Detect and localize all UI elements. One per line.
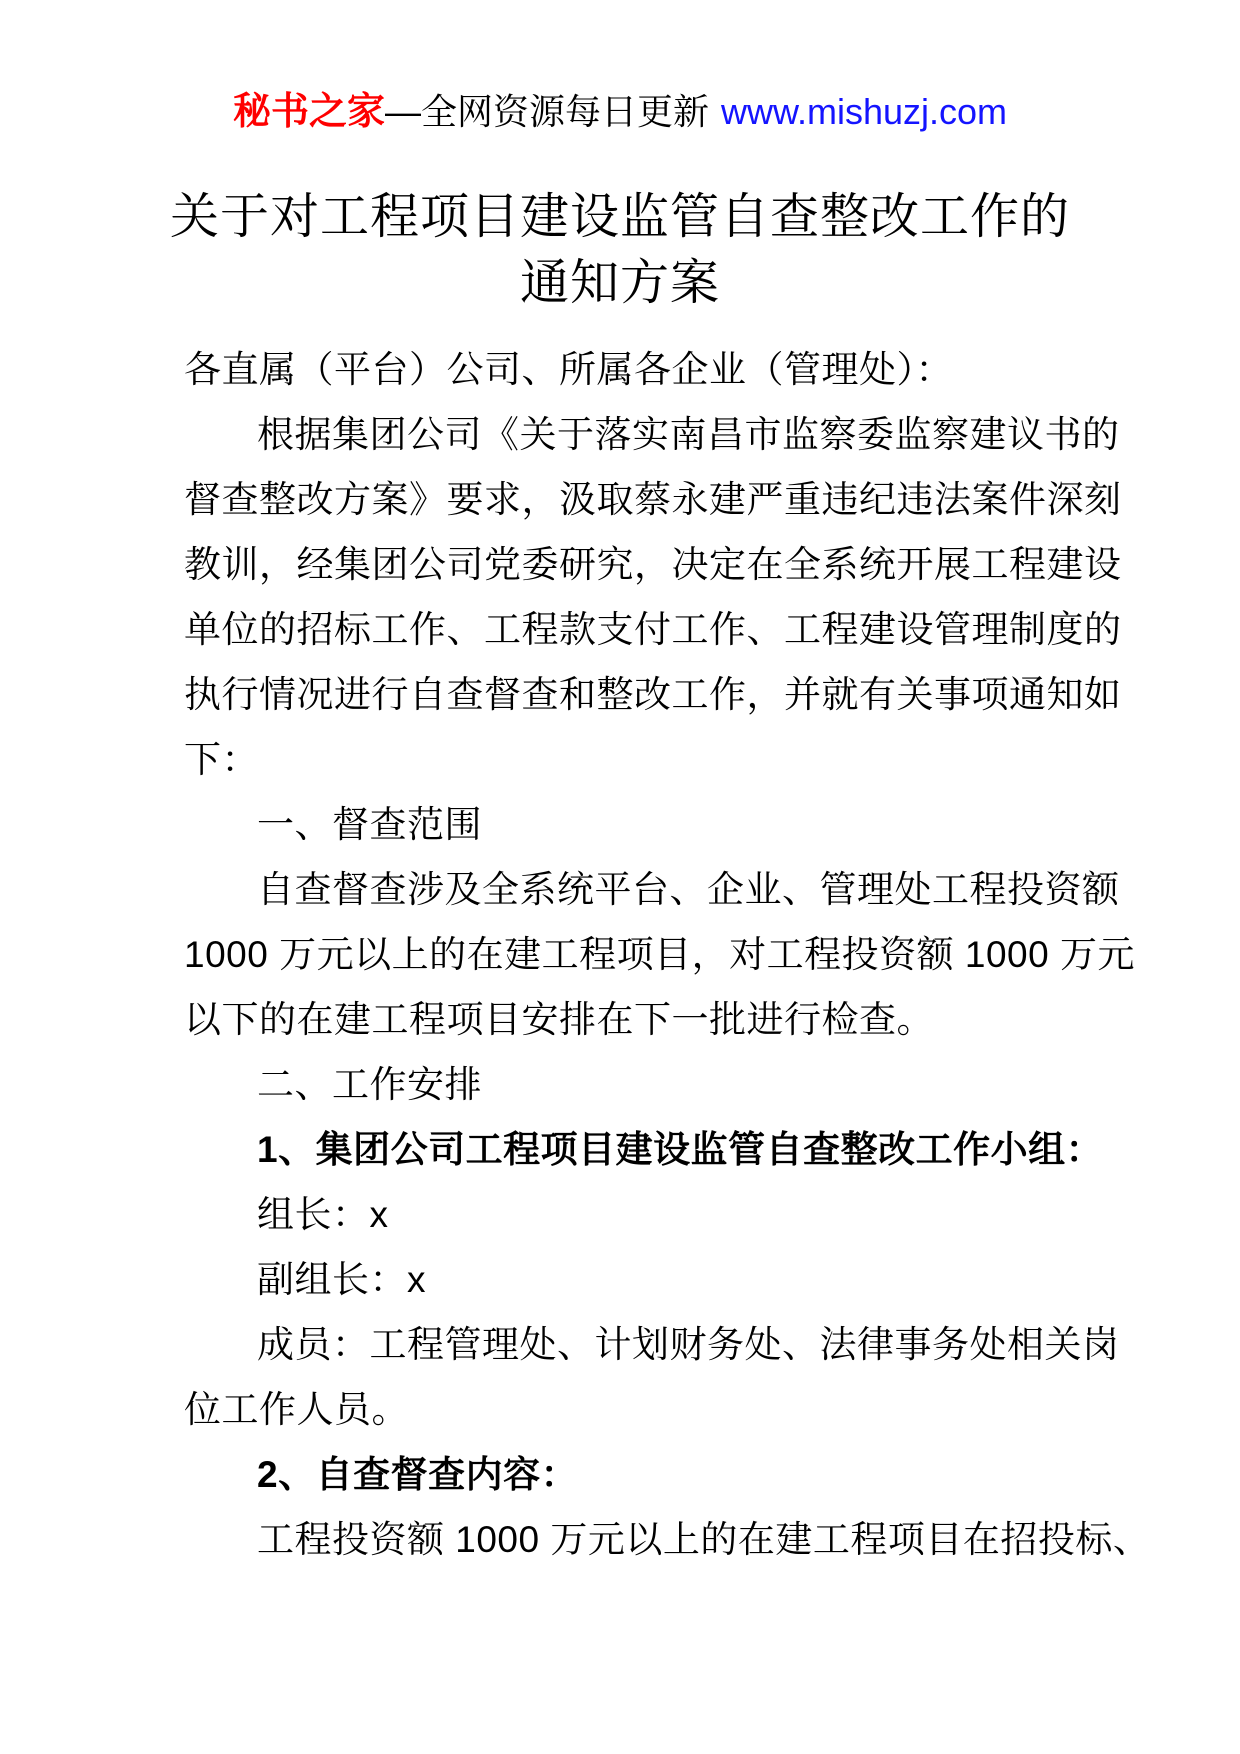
text-line: 以下的在建工程项目安排在下一批进行检查。 [184, 987, 1180, 1052]
text-line: 1000 万元以上的在建工程项目，对工程投资额 1000 万元 [184, 922, 1180, 987]
text-line: 根据集团公司《关于落实南昌市监察委监察建议书的 [184, 402, 1180, 467]
text-line-deputy-leader: 副组长：x [184, 1247, 1180, 1312]
text-line-section-1-heading: 一、督查范围 [184, 792, 1180, 857]
site-tagline: —全网资源每日更新 [385, 91, 709, 132]
text-line-section-2-heading: 二、工作安排 [184, 1052, 1180, 1117]
site-header: 秘书之家—全网资源每日更新www.mishuzj.com [0, 90, 1240, 134]
text-line: 位工作人员。 [184, 1377, 1180, 1442]
document-title-line-1: 关于对工程项目建设监管自查整改工作的 [0, 184, 1240, 250]
text-line: 工程投资额 1000 万元以上的在建工程项目在招投标、 [184, 1507, 1180, 1572]
text-line: 单位的招标工作、工程款支付工作、工程建设管理制度的 [184, 597, 1180, 662]
text-line-group-leader: 组长：x [184, 1182, 1180, 1247]
document-body: 各直属（平台）公司、所属各企业（管理处）： 根据集团公司《关于落实南昌市监察委监… [184, 337, 1180, 1572]
text-line-item-2-heading: 2、自查督查内容： [184, 1442, 1180, 1507]
document-page: 秘书之家—全网资源每日更新www.mishuzj.com 关于对工程项目建设监管… [0, 0, 1240, 1754]
site-brand: 秘书之家 [233, 91, 385, 133]
text-line: 自查督查涉及全系统平台、企业、管理处工程投资额 [184, 857, 1180, 922]
document-title-line-2: 通知方案 [0, 250, 1240, 316]
text-line-salutation: 各直属（平台）公司、所属各企业（管理处）： [184, 337, 1180, 402]
text-line-item-1-heading: 1、集团公司工程项目建设监管自查整改工作小组： [184, 1117, 1180, 1182]
text-line: 督查整改方案》要求，汲取蔡永建严重违纪违法案件深刻 [184, 467, 1180, 532]
text-line: 教训，经集团公司党委研究，决定在全系统开展工程建设 [184, 532, 1180, 597]
text-line-members: 成员：工程管理处、计划财务处、法律事务处相关岗 [184, 1312, 1180, 1377]
text-line: 执行情况进行自查督查和整改工作，并就有关事项通知如 [184, 662, 1180, 727]
text-line: 下： [184, 727, 1180, 792]
document-title: 关于对工程项目建设监管自查整改工作的 通知方案 [0, 184, 1240, 316]
site-url-link[interactable]: www.mishuzj.com [721, 91, 1007, 132]
